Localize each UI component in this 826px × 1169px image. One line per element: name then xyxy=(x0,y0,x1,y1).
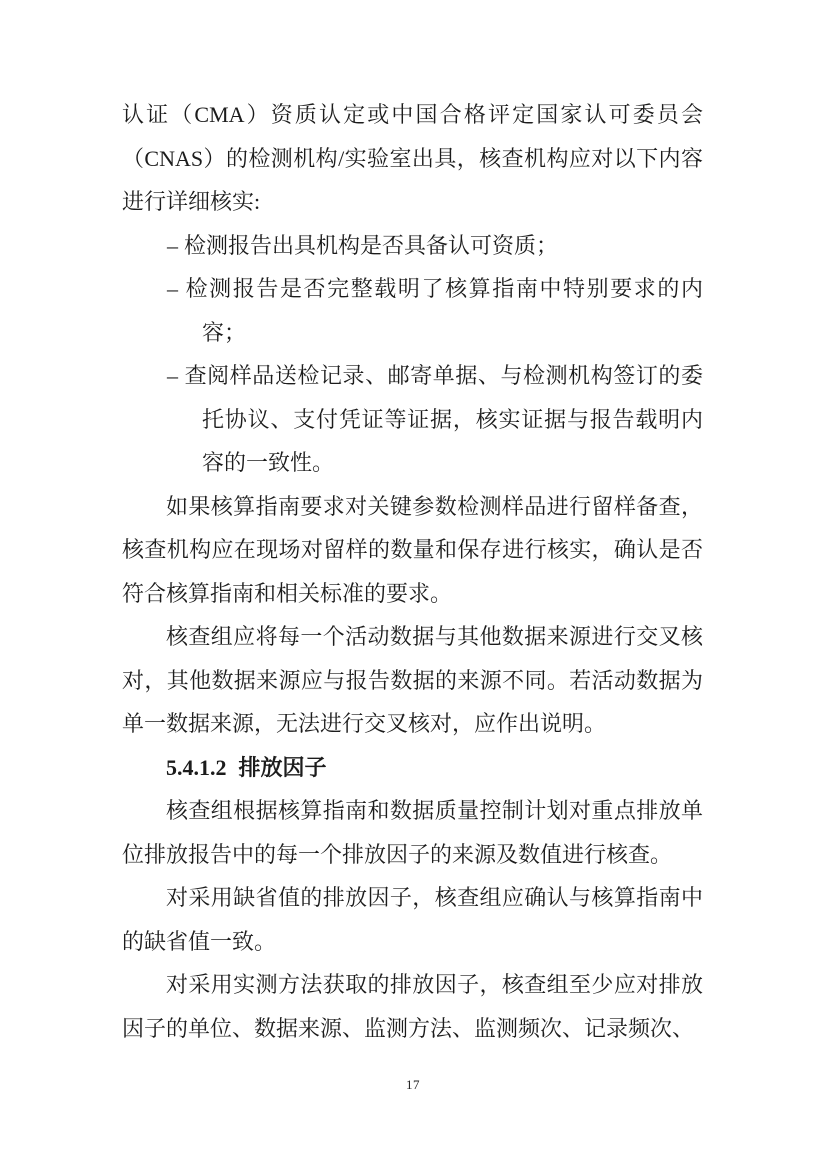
section-number: 5.4.1.2 xyxy=(166,755,227,780)
dash-marker: – xyxy=(167,276,178,301)
section-title: 排放因子 xyxy=(239,755,327,780)
paragraph-cross-check: 核查组应将每一个活动数据与其他数据来源进行交叉核对，其他数据来源应与报告数据的来… xyxy=(122,615,703,746)
paragraph-emission-factor-review: 核查组根据核算指南和数据质量控制计划对重点排放单位排放报告中的每一个排放因子的来… xyxy=(122,789,703,876)
list-item-accreditation: –检测报告出具机构是否具备认可资质； xyxy=(122,224,703,268)
list-item-report-completeness: –检测报告是否完整载明了核算指南中特别要求的内容； xyxy=(122,267,703,354)
list-item-evidence-review: –查阅样品送检记录、邮寄单据、与检测机构签订的委托协议、支付凭证等证据，核实证据… xyxy=(122,354,703,485)
paragraph-intro: 认证（CMA）资质认定或中国合格评定国家认可委员会（CNAS）的检测机构/实验室… xyxy=(122,93,703,224)
list-item-text: 查阅样品送检记录、邮寄单据、与检测机构签订的委托协议、支付凭证等证据，核实证据与… xyxy=(184,363,703,475)
document-page: 认证（CMA）资质认定或中国合格评定国家认可委员会（CNAS）的检测机构/实验室… xyxy=(0,0,826,1169)
list-item-text: 检测报告是否完整载明了核算指南中特别要求的内容； xyxy=(184,276,703,345)
dash-marker: – xyxy=(167,233,178,258)
paragraph-measured-values: 对采用实测方法获取的排放因子，核查组至少应对排放因子的单位、数据来源、监测方法、… xyxy=(122,963,703,1050)
dash-marker: – xyxy=(167,363,178,388)
page-content: 认证（CMA）资质认定或中国合格评定国家认可委员会（CNAS）的检测机构/实验室… xyxy=(122,93,703,1050)
paragraph-default-values: 对采用缺省值的排放因子，核查组应确认与核算指南中的缺省值一致。 xyxy=(122,876,703,963)
paragraph-sample-retention: 如果核算指南要求对关键参数检测样品进行留样备查，核查机构应在现场对留样的数量和保… xyxy=(122,485,703,616)
verification-checklist: –检测报告出具机构是否具备认可资质； –检测报告是否完整载明了核算指南中特别要求… xyxy=(122,224,703,485)
page-number: 17 xyxy=(0,1077,826,1093)
list-item-text: 检测报告出具机构是否具备认可资质； xyxy=(184,233,558,258)
section-heading: 5.4.1.2排放因子 xyxy=(122,746,703,790)
